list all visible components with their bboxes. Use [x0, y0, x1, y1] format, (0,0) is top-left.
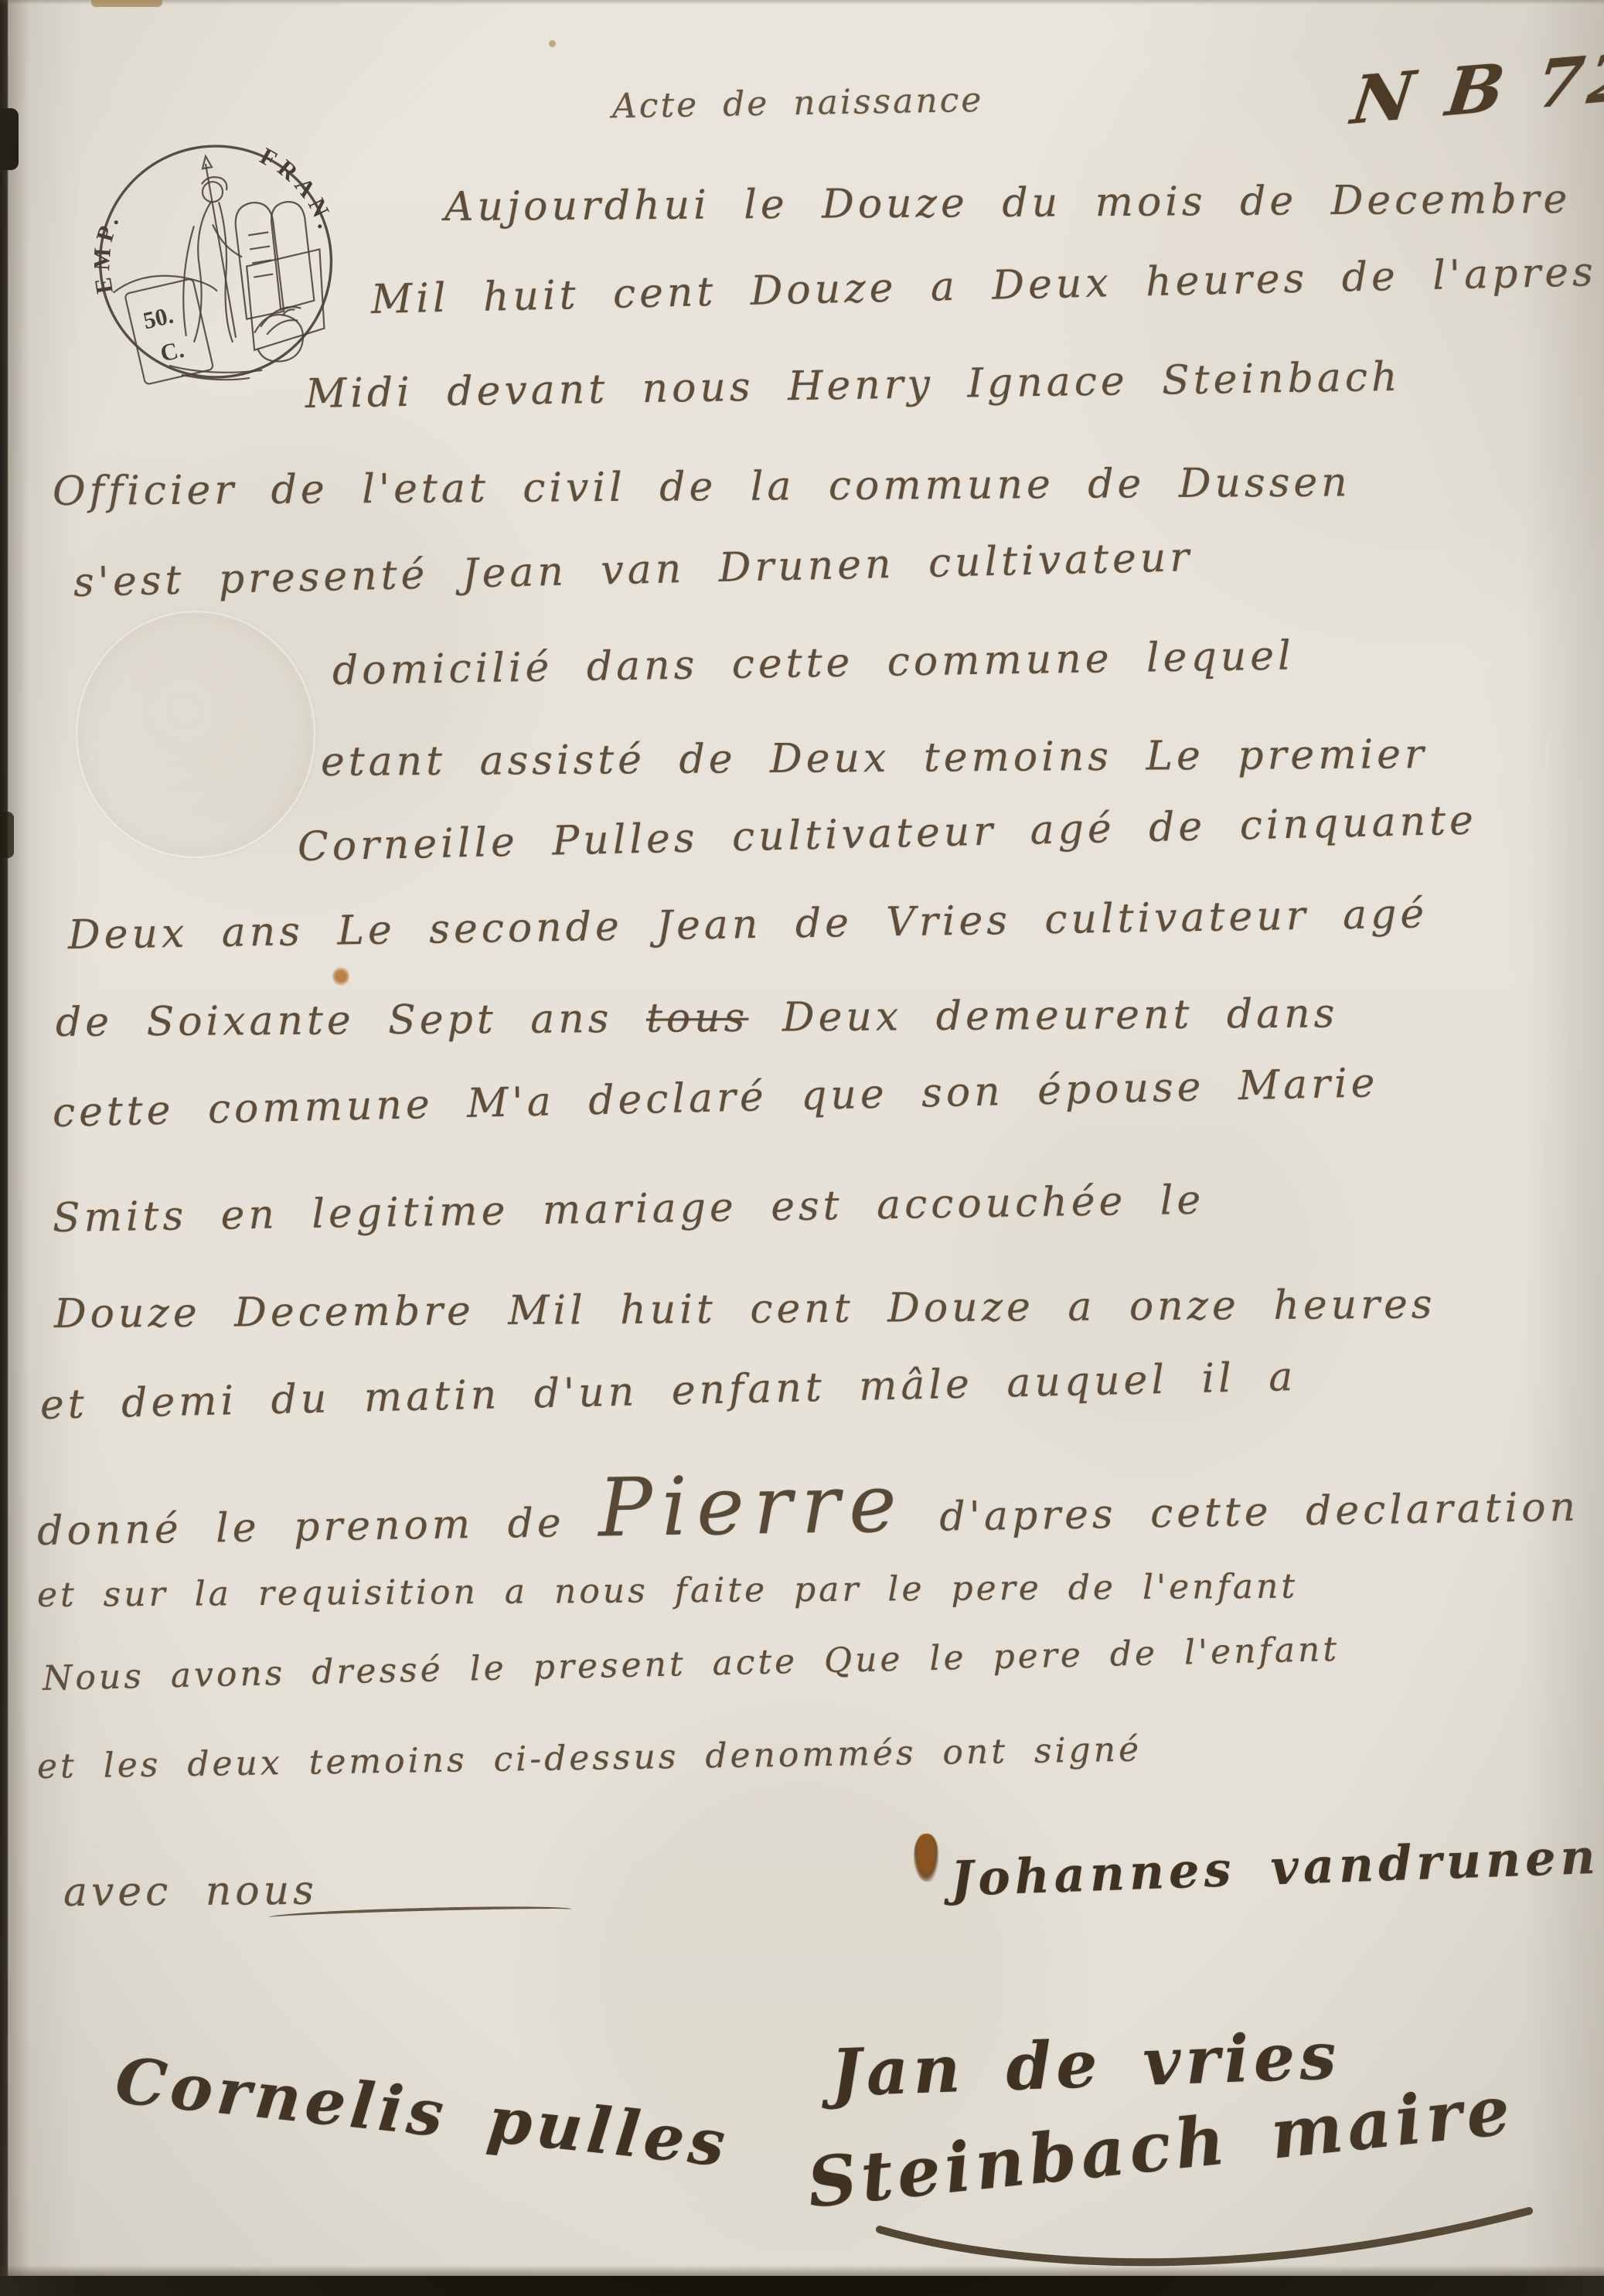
- signature-witness2: Jan de vries: [830, 2023, 1342, 2106]
- stamp-text-emp: EMP.: [94, 206, 126, 295]
- page-edge-left-bump2: [0, 812, 14, 858]
- line15-pre: donné le prenom de: [37, 1500, 565, 1555]
- revenue-stamp-icon: EMP. FRAN. 50. C.: [94, 133, 335, 393]
- manuscript-line-7: etant assisté de Deux temoins Le premier: [321, 733, 1428, 785]
- page-edge-bottom: [0, 2276, 1604, 2296]
- stamp-eagle: [247, 249, 324, 361]
- child-first-name: Pierre: [598, 1456, 907, 1555]
- manuscript-line-4: Officier de l'etat civil de la commune d…: [53, 461, 1351, 514]
- document-page: EMP. FRAN. 50. C.: [0, 0, 1604, 2296]
- manuscript-line-13: Douze Decembre Mil huit cent Douze a onz…: [54, 1283, 1436, 1337]
- page-edge-bottom-shadow: [0, 2265, 1604, 2276]
- page-edge-left: [0, 0, 9, 2296]
- line15-post: d'apres cette declaration: [939, 1484, 1580, 1541]
- line10-struck-word: tous: [646, 995, 749, 1042]
- manuscript-line-10: de Soixante Sept ans tous Deux demeurent…: [56, 992, 1339, 1045]
- line10-post: Deux demeurent dans: [782, 990, 1339, 1041]
- manuscript-line-1: Aujourdhui le Douze du mois de Decembre: [444, 178, 1572, 230]
- paper-speck: [549, 40, 556, 47]
- page-edge-top-mark: [91, 0, 162, 7]
- ink-blot: [914, 1834, 938, 1882]
- page-edge-top: [0, 0, 1604, 5]
- embossed-seal-icon: [76, 611, 315, 858]
- document-title: Acte de naissance: [612, 83, 984, 124]
- stamp-text-fran: FRAN.: [256, 142, 335, 237]
- svg-text:C.: C.: [158, 336, 186, 367]
- svg-text:50.: 50.: [141, 301, 176, 335]
- line10-pre: de Soixante Sept ans: [56, 996, 613, 1046]
- page-edge-left-bump: [0, 108, 19, 170]
- manuscript-line-19: avec nous: [63, 1869, 318, 1915]
- foxing-spot: [332, 966, 349, 986]
- stamp-figure: [183, 156, 242, 342]
- page-edge-left-shadow: [9, 0, 29, 2296]
